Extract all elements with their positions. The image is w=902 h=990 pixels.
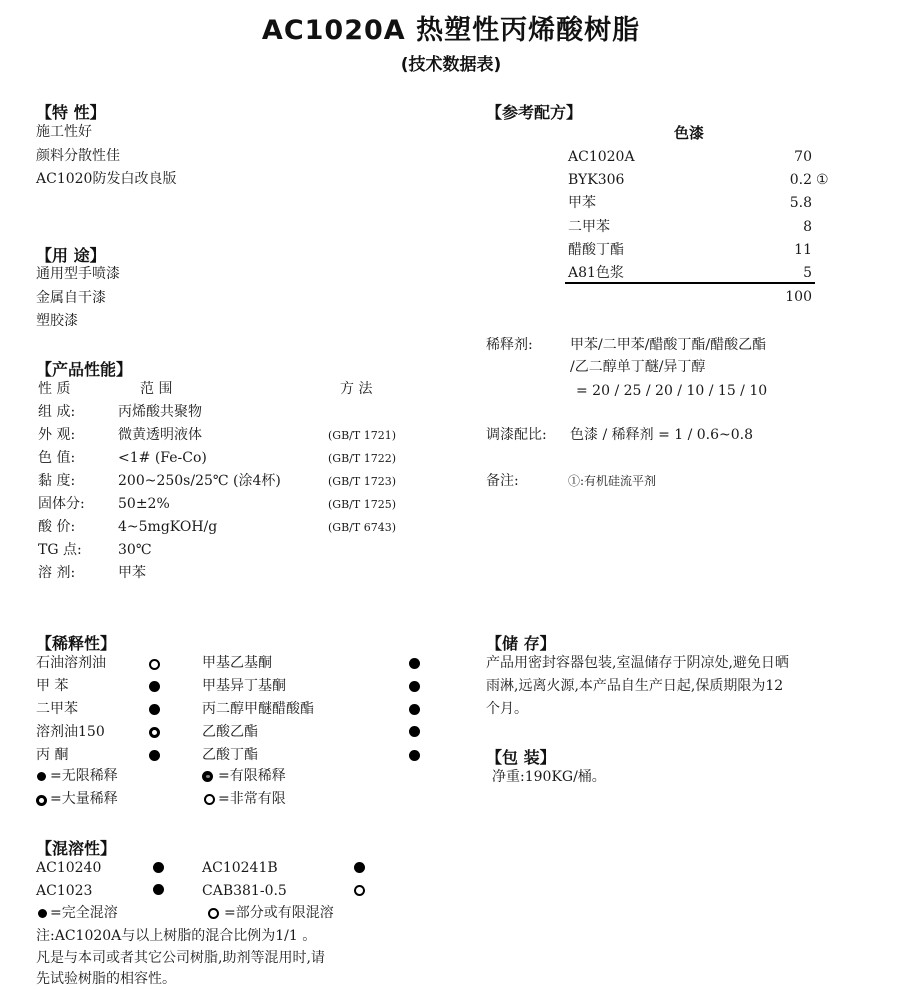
resin-name: AC1023 <box>36 880 92 904</box>
unlimited-icon <box>409 750 420 761</box>
solvent-name: 甲 苯 <box>36 675 68 699</box>
property-name: 外 观: <box>38 424 75 448</box>
property-name: 组 成: <box>38 401 75 425</box>
formula-heading: 【参考配方】 <box>486 100 582 123</box>
resin-name: CAB381-0.5 <box>202 880 287 904</box>
property-method: (GB/T 1721) <box>328 424 396 448</box>
very-limited-legend-icon <box>204 794 215 805</box>
document-subtitle: (技术数据表) <box>0 50 902 75</box>
unlimited-icon <box>149 704 160 715</box>
property-name: TG 点: <box>38 539 82 563</box>
packaging-heading: 【包 装】 <box>486 745 556 768</box>
thinner-line-1: 甲苯/二甲苯/醋酸丁酯/醋酸乙酯 <box>570 334 766 358</box>
feature-item: 颜料分散性佳 <box>36 145 176 169</box>
properties-col-range: 范 围 <box>140 378 172 402</box>
full-legend-icon <box>38 909 47 918</box>
resin-name: AC10241B <box>202 857 278 881</box>
thinner-line-2: /乙二醇单丁醚/异丁醇 <box>570 356 705 380</box>
resin-name: AC10240 <box>36 857 101 881</box>
solvent-name: 甲基异丁基酮 <box>202 675 286 699</box>
solvent-name: 石油溶剂油 <box>36 652 106 676</box>
document-title: AC1020A 热塑性丙烯酸树脂 <box>0 8 902 47</box>
property-range: 微黄透明液体 <box>118 424 202 448</box>
properties-heading: 【产品性能】 <box>36 357 132 380</box>
compatibility-note-3: 先试验树脂的相容性。 <box>36 968 176 990</box>
very-limited-icon <box>149 659 160 670</box>
legend-very-limited: =非常有限 <box>218 788 286 812</box>
use-item: 塑胶漆 <box>36 310 120 334</box>
property-range: 50±2% <box>118 493 170 517</box>
remark-value: ①:有机硅流平剂 <box>568 470 656 494</box>
uses-list: 通用型手喷漆 金属自干漆 塑胶漆 <box>36 263 120 334</box>
formula-amount: 8 <box>740 216 812 240</box>
packaging-value: 净重:190KG/桶。 <box>492 766 606 790</box>
formula-subheading: 色漆 <box>674 122 704 143</box>
partial-miscible-icon <box>354 885 365 896</box>
remark-label: 备注: <box>486 470 519 494</box>
legend-partial: =部分或有限混溶 <box>224 902 334 926</box>
unlimited-icon <box>409 704 420 715</box>
property-range: 200~250s/25℃ (涂4杯) <box>118 470 281 494</box>
unlimited-icon <box>409 726 420 737</box>
total-divider <box>565 282 815 284</box>
limited-legend-icon <box>202 771 213 782</box>
storage-line-1: 产品用密封容器包装,室温储存于阴凉处,避免日晒 <box>486 652 789 676</box>
solvent-name: 甲基乙基酮 <box>202 652 272 676</box>
solvent-name: 乙酸丁酯 <box>202 744 258 768</box>
formula-amount: 5.8 <box>740 192 812 216</box>
footnote-marker: ① <box>816 169 829 193</box>
property-name: 黏 度: <box>38 470 75 494</box>
property-name: 固体分: <box>38 493 85 517</box>
property-range: 丙烯酸共聚物 <box>118 401 202 425</box>
property-method: (GB/T 1722) <box>328 447 396 471</box>
features-heading: 【特 性】 <box>36 100 106 123</box>
solvent-name: 二甲苯 <box>36 698 78 722</box>
compatibility-note-2: 凡是与本司或者其它公司树脂,助剂等混用时,请 <box>36 947 325 971</box>
formula-ingredient: 醋酸丁酯 <box>568 239 624 263</box>
thinner-ratio: = 20 / 25 / 20 / 10 / 15 / 10 <box>576 380 767 404</box>
property-range: 30℃ <box>118 539 151 563</box>
legend-limited: =有限稀释 <box>218 765 286 789</box>
features-list: 施工性好 颜料分散性佳 AC1020防发白改良版 <box>36 121 176 192</box>
legend-full: =完全混溶 <box>50 902 118 926</box>
properties-col-method: 方 法 <box>340 378 372 402</box>
large-dilution-icon <box>149 727 160 738</box>
unlimited-icon <box>409 658 420 669</box>
properties-col-property: 性 质 <box>38 378 70 402</box>
property-name: 色 值: <box>38 447 75 471</box>
unlimited-icon <box>409 681 420 692</box>
property-method: (GB/T 6743) <box>328 516 396 540</box>
unlimited-legend-icon <box>37 772 46 781</box>
use-item: 金属自干漆 <box>36 287 120 311</box>
property-range: 甲苯 <box>118 562 146 586</box>
unlimited-icon <box>149 750 160 761</box>
formula-amount: 11 <box>740 239 812 263</box>
feature-item: 施工性好 <box>36 121 176 145</box>
formula-total: 100 <box>740 286 812 310</box>
property-method: (GB/T 1723) <box>328 470 396 494</box>
legend-unlimited: =无限稀释 <box>50 765 118 789</box>
formula-ingredient: AC1020A <box>568 146 635 170</box>
formula-ingredient: BYK306 <box>568 169 624 193</box>
full-miscible-icon <box>153 884 164 895</box>
legend-large: =大量稀释 <box>50 788 118 812</box>
solvent-name: 丙二醇甲醚醋酸酯 <box>202 698 314 722</box>
large-legend-icon <box>36 795 47 806</box>
compatibility-note-1: 注:AC1020A与以上树脂的混合比例为1/1 。 <box>36 925 316 949</box>
full-miscible-icon <box>153 862 164 873</box>
feature-item: AC1020防发白改良版 <box>36 168 176 192</box>
mix-ratio-label: 调漆配比: <box>486 424 547 448</box>
storage-heading: 【储 存】 <box>486 631 556 654</box>
partial-legend-icon <box>208 908 219 919</box>
formula-ingredient: 二甲苯 <box>568 216 610 240</box>
formula-ingredient: 甲苯 <box>568 192 596 216</box>
compatibility-heading: 【混溶性】 <box>36 836 116 859</box>
property-range: 4~5mgKOH/g <box>118 516 217 540</box>
mix-ratio-value: 色漆 / 稀释剂 = 1 / 0.6~0.8 <box>570 424 753 448</box>
formula-amount: 70 <box>740 146 812 170</box>
use-item: 通用型手喷漆 <box>36 263 120 287</box>
formula-amount: 0.2 <box>740 169 812 193</box>
solvent-name: 溶剂油150 <box>36 721 105 745</box>
unlimited-icon <box>149 681 160 692</box>
dilution-heading: 【稀释性】 <box>36 631 116 654</box>
full-miscible-icon <box>354 862 365 873</box>
property-name: 酸 价: <box>38 516 75 540</box>
storage-line-2: 雨淋,远离火源,本产品自生产日起,保质期限为12 <box>486 675 783 699</box>
property-range: <1# (Fe-Co) <box>118 447 207 471</box>
storage-line-3: 个月。 <box>486 698 528 722</box>
property-name: 溶 剂: <box>38 562 75 586</box>
solvent-name: 丙 酮 <box>36 744 68 768</box>
thinner-label: 稀释剂: <box>486 334 533 358</box>
property-method: (GB/T 1725) <box>328 493 396 517</box>
solvent-name: 乙酸乙酯 <box>202 721 258 745</box>
